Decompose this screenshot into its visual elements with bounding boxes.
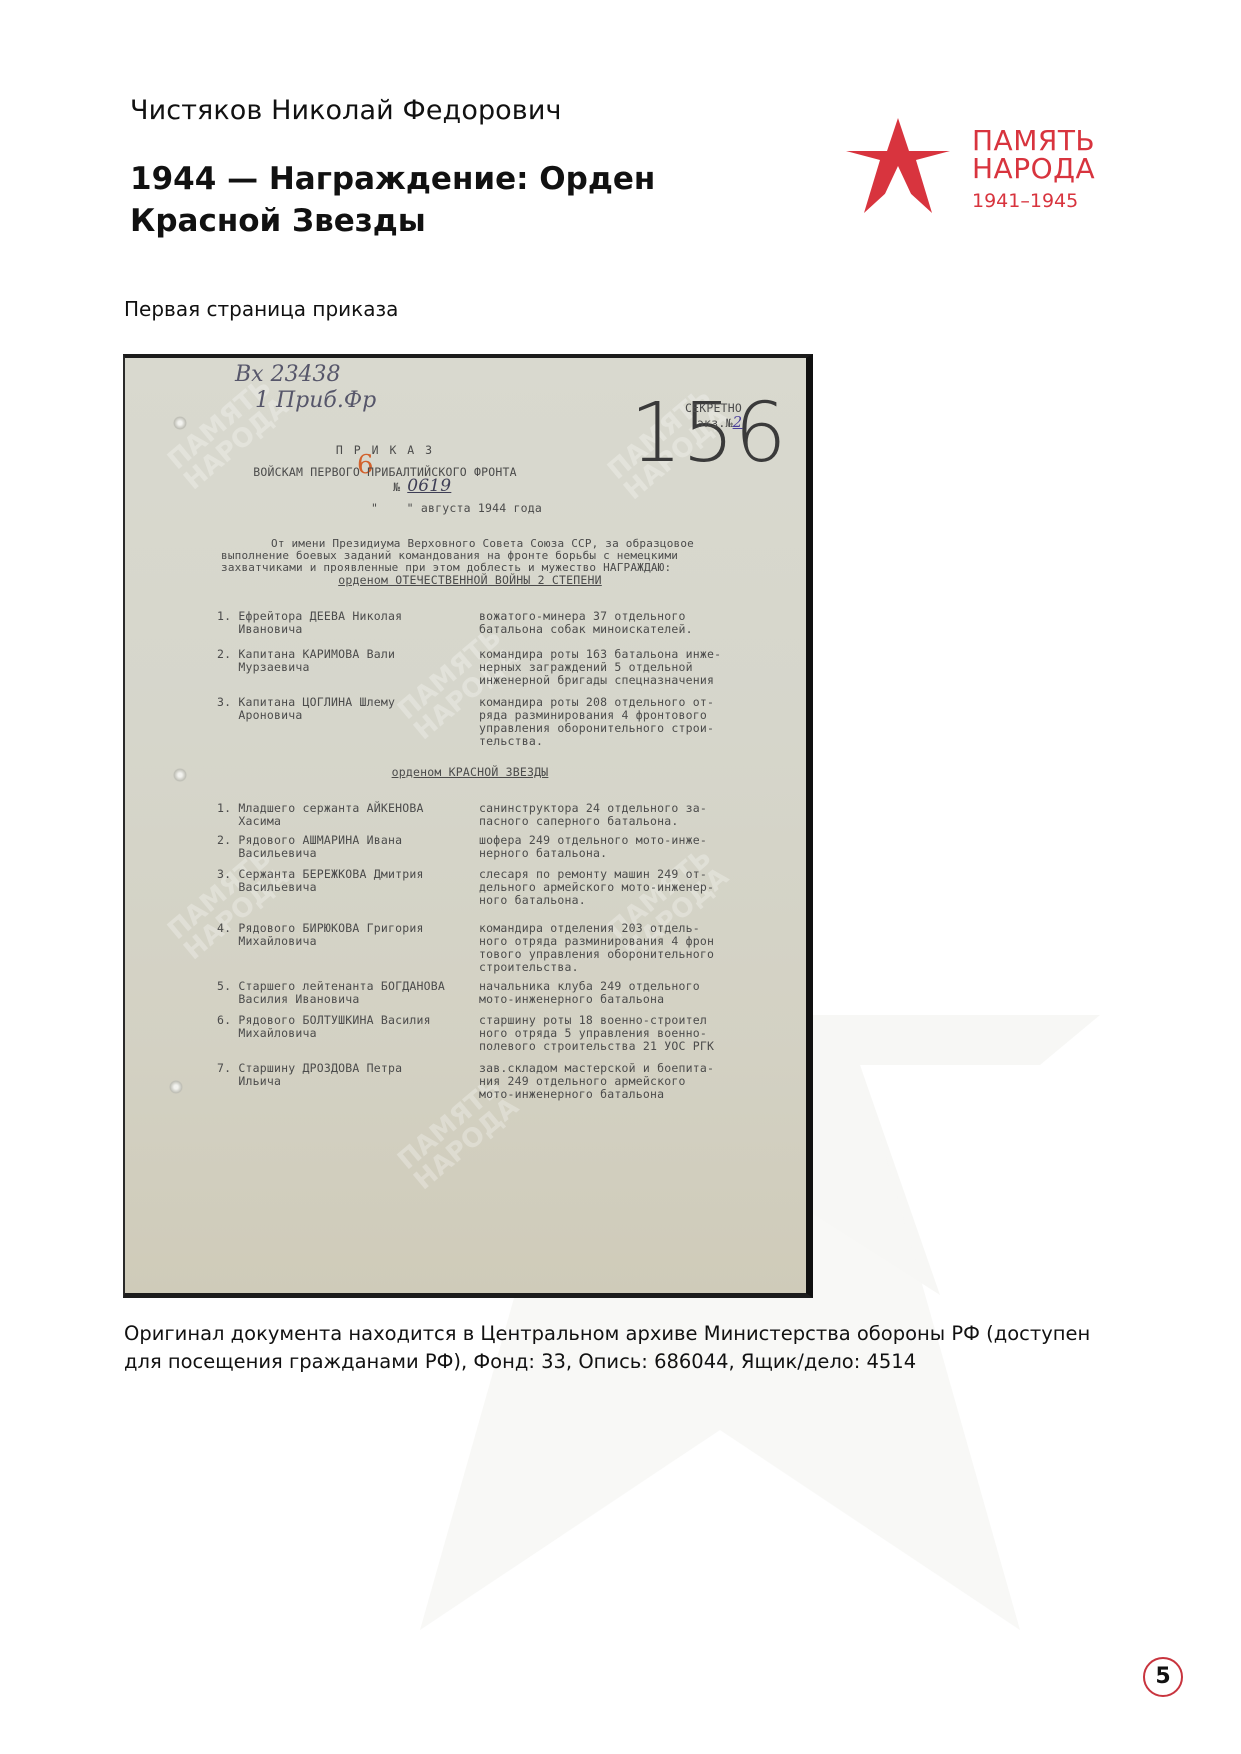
award-recipient-position: зав.складом мастерской и боепита- ния 24… (479, 1062, 714, 1101)
award-recipient-position: слесаря по ремонту машин 249 от- дельног… (479, 868, 714, 907)
logo-line-2: НАРОДА (972, 154, 1095, 184)
order-heading: П Р И К А З (125, 444, 645, 457)
award-recipient-position: санинструктора 24 отдельного за- пасного… (479, 802, 707, 828)
award-recipient-name: 1. Ефрейтора ДЕЕВА Николая Ивановича (217, 610, 402, 636)
handwritten-archive-code: Вх 23438 (235, 362, 341, 387)
award-recipient-name: 3. Капитана ЦОГЛИНА Шлему Ароновича (217, 696, 395, 722)
page-number: 5 (1143, 1657, 1183, 1697)
pamyat-naroda-logo: ПАМЯТЬ НАРОДА 1941–1945 (846, 118, 1116, 218)
page-title: 1944 — Награждение: Орден Красной Звезды (130, 158, 750, 242)
logo-years: 1941–1945 (972, 190, 1078, 212)
order-date: " " августа 1944 года (371, 502, 542, 515)
red-star-icon (846, 118, 950, 218)
person-name: Чистяков Николай Федорович (130, 95, 562, 126)
award-recipient-name: 5. Старшего лейтенанта БОГДАНОВА Василия… (217, 980, 445, 1006)
copy-label: экз.№2 (697, 416, 742, 430)
award-recipient-name: 7. Старшину ДРОЗДОВА Петра Ильича (217, 1062, 402, 1088)
award-recipient-position: старшину роты 18 военно-строител ного от… (479, 1014, 714, 1053)
award-recipient-position: шофера 249 отдельного мото-инже- нерного… (479, 834, 707, 860)
award-recipient-name: 1. Младшего сержанта АЙКЕНОВА Хасима (217, 802, 424, 828)
award-section-title: орденом ОТЕЧЕСТВЕННОЙ ВОЙНЫ 2 СТЕПЕНИ (125, 574, 813, 587)
award-recipient-position: командира роты 208 отдельного от- ряда р… (479, 696, 714, 748)
section-label: Первая страница приказа (124, 297, 398, 321)
archive-caption: Оригинал документа находится в Центральн… (124, 1320, 1114, 1376)
award-recipient-position: командира роты 163 батальона инже- нерны… (479, 648, 721, 687)
order-preamble: От имени Президиума Верховного Совета Со… (221, 538, 694, 574)
award-recipient-name: 3. Сержанта БЕРЕЖКОВА Дмитрия Васильевич… (217, 868, 424, 894)
punch-hole (169, 1080, 183, 1094)
award-section-title: орденом КРАСНОЙ ЗВЕЗДЫ (125, 766, 813, 779)
document-scan-image: ПАМЯТЬНАРОДА ПАМЯТЬНАРОДА ПАМЯТЬНАРОДА П… (123, 354, 813, 1298)
award-recipient-position: командира отделения 203 отдель- ного отр… (479, 922, 714, 974)
award-recipient-position: вожатого-минера 37 отдельного батальона … (479, 610, 693, 636)
award-recipient-name: 4. Рядового БИРЮКОВА Григория Михайлович… (217, 922, 424, 948)
order-number: № 0619 (393, 480, 451, 494)
award-recipient-name: 2. Рядового АШМАРИНА Ивана Васильевича (217, 834, 402, 860)
order-subheading: ВОЙСКАМ ПЕРВОГО ПРИБАЛТИЙСКОГО ФРОНТА (125, 466, 645, 479)
award-recipient-name: 2. Капитана КАРИМОВА Вали Мурзаевича (217, 648, 395, 674)
award-recipient-position: начальника клуба 249 отдельного мото-инж… (479, 980, 700, 1006)
handwritten-note: 1 Приб.Фр (255, 388, 376, 413)
award-recipient-name: 6. Рядового БОЛТУШКИНА Василия Михайлови… (217, 1014, 431, 1040)
punch-hole (173, 416, 187, 430)
